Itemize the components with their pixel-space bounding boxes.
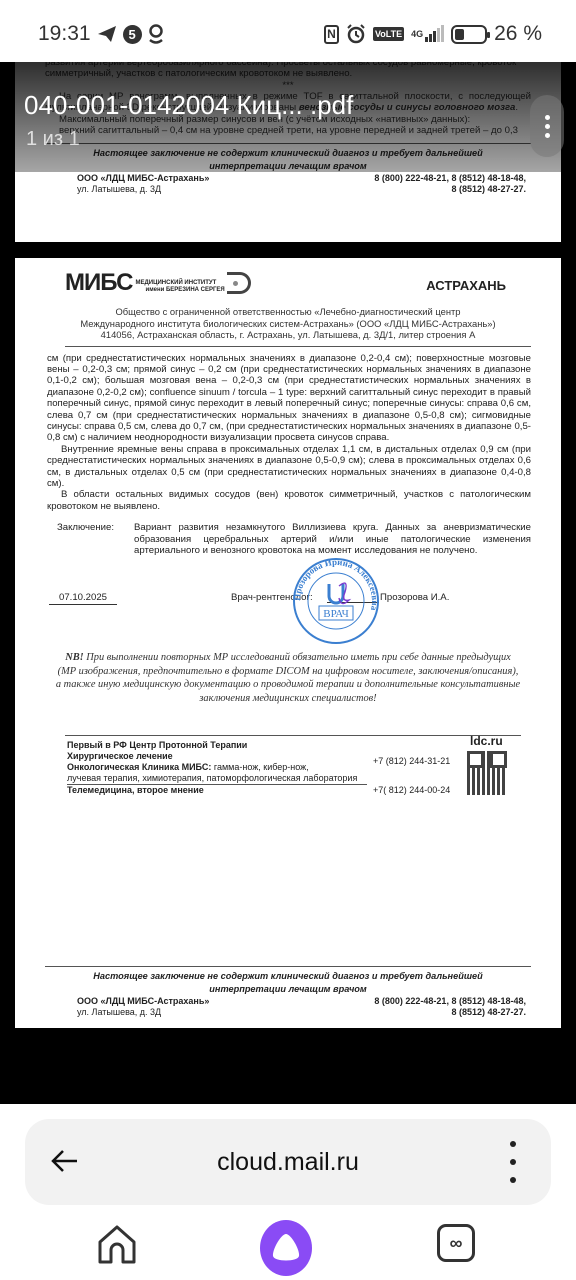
telegram-icon bbox=[97, 25, 117, 43]
doctor-name: Прозорова И.А. bbox=[380, 592, 449, 603]
org-address: ул. Латышева, д. 3Д bbox=[77, 184, 209, 195]
browser-menu-button[interactable] bbox=[503, 1141, 523, 1183]
doctor-stamp-icon: ВРАЧ Прозорова Ирина Алексеевна bbox=[291, 556, 381, 646]
conclusion-label: Заключение: bbox=[57, 522, 134, 556]
nb-notice: NB! При выполнении повторных МР исследов… bbox=[15, 651, 561, 705]
url-text[interactable]: cloud.mail.ru bbox=[25, 1148, 551, 1177]
alarm-icon bbox=[346, 24, 366, 44]
pdf-viewer[interactable]: артерии S+D, диаметр основной артерии эк… bbox=[0, 62, 576, 1104]
tabs-button[interactable]: ∞ bbox=[437, 1224, 475, 1262]
flower-icon bbox=[148, 23, 164, 45]
alice-assistant-icon bbox=[259, 1220, 313, 1276]
org-address: ул. Латышева, д. 3Д bbox=[77, 1007, 209, 1018]
phones-line-2: 8 (8512) 48-27-27. bbox=[374, 1007, 526, 1018]
city-label: АСТРАХАНЬ bbox=[426, 280, 506, 291]
site-link: ldc.ru bbox=[470, 736, 503, 747]
more-vertical-icon bbox=[545, 115, 550, 120]
report-paragraph-3: В области остальных видимых сосудов (вен… bbox=[47, 489, 531, 512]
org-name: ООО «ЛДЦ МИБС-Астрахань» bbox=[77, 173, 209, 184]
volte-icon: VoLTE bbox=[373, 27, 404, 41]
nfc-icon: N bbox=[324, 25, 339, 44]
home-button[interactable] bbox=[96, 1222, 138, 1264]
svg-text:ВРАЧ: ВРАЧ bbox=[323, 608, 348, 620]
org-name: ООО «ЛДЦ МИБС-Астрахань» bbox=[77, 996, 209, 1007]
disclaimer-line-2: интерпретации лечащим врачом bbox=[15, 983, 561, 996]
conclusion-text: Вариант развития незамкнутого Виллизиева… bbox=[134, 522, 531, 556]
phones-line-2: 8 (8512) 48-27-27. bbox=[374, 184, 526, 195]
4g-signal-icon: 4G bbox=[411, 26, 444, 42]
mibs-logo: МИБС МЕДИЦИНСКИЙ ИНСТИТУТимени БЕРЕЗИНА … bbox=[65, 272, 251, 294]
notification-5-icon: 5 bbox=[123, 25, 142, 44]
promo-phone-1: +7 (812) 244-31-21 bbox=[373, 756, 450, 767]
browser-bar: cloud.mail.ru ∞ bbox=[0, 1104, 576, 1280]
report-paragraph-2: Внутренние яремные вены справа в проксим… bbox=[47, 444, 531, 490]
battery-icon bbox=[451, 25, 487, 44]
pdf-page-2: МИБС МЕДИЦИНСКИЙ ИНСТИТУТимени БЕРЕЗИНА … bbox=[15, 258, 561, 1028]
phones-line-1: 8 (800) 222-48-21, 8 (8512) 48-18-48, bbox=[374, 996, 526, 1007]
address-bar[interactable]: cloud.mail.ru bbox=[25, 1119, 551, 1205]
promo-phone-2: +7( 812) 244-00-24 bbox=[373, 785, 450, 796]
phones-line-1: 8 (800) 222-48-21, 8 (8512) 48-18-48, bbox=[374, 173, 526, 184]
more-vertical-icon bbox=[510, 1141, 516, 1147]
tabs-icon: ∞ bbox=[450, 1233, 463, 1253]
home-icon bbox=[96, 1222, 138, 1264]
viewer-menu-button[interactable] bbox=[530, 95, 564, 157]
clock: 19:31 bbox=[38, 22, 91, 46]
file-title: 040-001-0142004 Киц... .pdf bbox=[24, 90, 353, 121]
battery-percent: 26 % bbox=[494, 22, 542, 46]
qr-code-icon bbox=[467, 751, 507, 795]
status-bar: 19:31 5 N VoLTE 4G 26 % bbox=[0, 0, 576, 62]
alice-assistant-button[interactable] bbox=[259, 1220, 313, 1276]
org-header: Общество с ограниченной ответственностью… bbox=[15, 306, 561, 341]
page-counter: 1 из 1 bbox=[26, 128, 80, 151]
report-date: 07.10.2025 bbox=[49, 592, 117, 604]
disclaimer-line-1: Настоящее заключение не содержит клиниче… bbox=[15, 970, 561, 983]
promo-block: Первый в РФ Центр Протонной Терапии Хиру… bbox=[65, 735, 521, 797]
report-paragraph-1: см (при среднестатистических нормальных … bbox=[47, 353, 531, 444]
